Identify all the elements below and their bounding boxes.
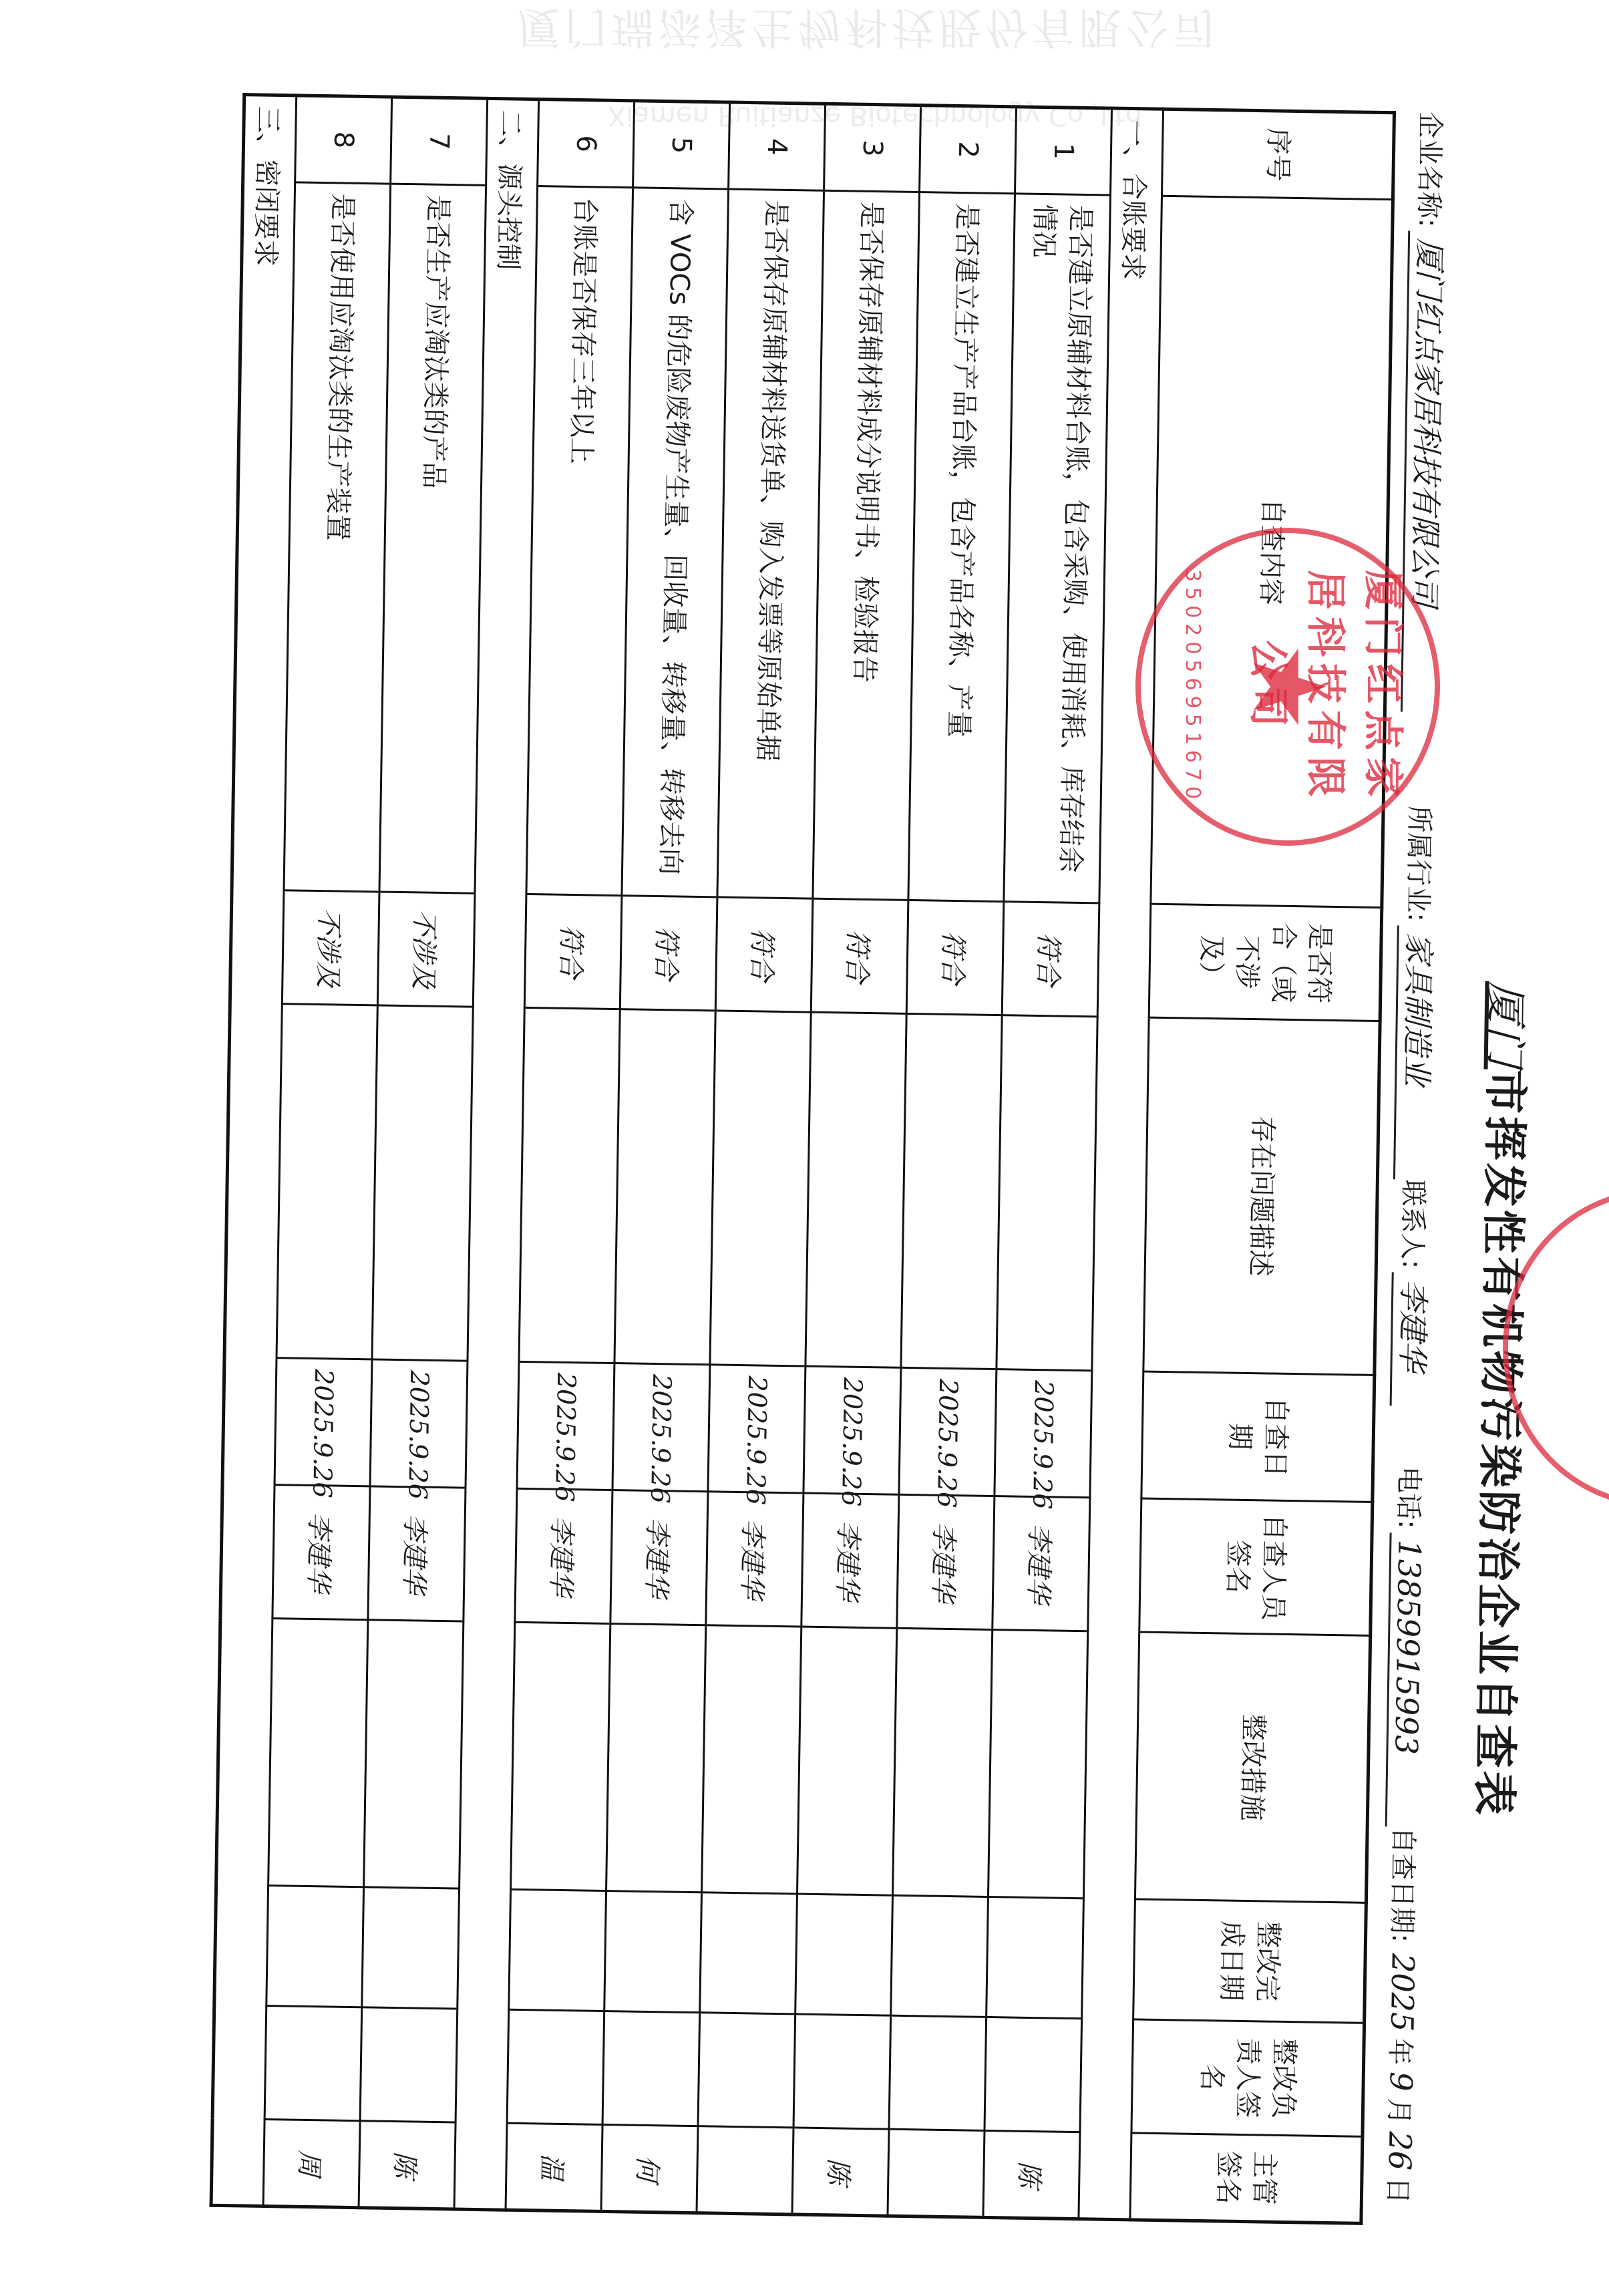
column-header: 整改完成日期 [1133, 1899, 1367, 2023]
content-cell: 台账是否保存三年以上 [526, 186, 633, 896]
day-suffix: 日 [1381, 2177, 1419, 2204]
checker-signature[interactable]: 李建华 [368, 1486, 466, 1621]
check-date-field[interactable]: 2025.9.26 [708, 1365, 806, 1493]
measure-field[interactable] [702, 1625, 801, 1894]
column-header: 序号 [1161, 109, 1394, 199]
contact-label: 联系人: [1395, 1179, 1435, 1269]
supervisor-signature[interactable]: 周 [263, 2119, 360, 2207]
year-suffix: 年 [1383, 2038, 1421, 2066]
done-date-field[interactable] [700, 1893, 797, 2014]
measure-field[interactable] [797, 1627, 897, 1895]
content-cell: 是否生产应淘汰类的产品 [379, 184, 486, 893]
check-date-field[interactable]: 2025.9.26 [370, 1359, 468, 1488]
industry-field[interactable]: 家具制造业 [1393, 925, 1443, 1180]
column-header: 整改措施 [1135, 1632, 1370, 1903]
owner-signature[interactable] [507, 2009, 604, 2124]
seq-cell: 6 [538, 100, 635, 188]
check-date-field[interactable]: 2025.9.26 [612, 1363, 710, 1492]
content-cell: 是否保存原辅材料送货单、购入发票等原始单据 [717, 189, 824, 898]
content-cell: 是否建立生产产品台账，包含产品名称、产量 [908, 192, 1015, 902]
measure-field[interactable] [988, 1630, 1087, 1899]
compliance-field[interactable]: 不涉及 [377, 892, 475, 1007]
done-date-field[interactable] [795, 1894, 893, 2015]
done-date-field[interactable] [891, 1895, 989, 2017]
check-date-field[interactable]: 2025.9.26 [899, 1367, 997, 1496]
checker-signature[interactable]: 李建华 [706, 1492, 803, 1627]
owner-signature[interactable] [889, 2015, 987, 2130]
checker-signature[interactable]: 李建华 [515, 1488, 612, 1623]
checker-signature[interactable]: 李建华 [610, 1490, 708, 1625]
owner-signature[interactable] [985, 2017, 1082, 2132]
done-date-field[interactable] [362, 1887, 460, 2009]
supervisor-signature[interactable]: 陈 [359, 2121, 456, 2209]
supervisor-signature[interactable]: 陈 [792, 2128, 889, 2216]
done-date-field[interactable] [266, 1886, 364, 2007]
issue-field[interactable] [277, 1004, 377, 1359]
measure-field[interactable] [269, 1619, 368, 1887]
owner-signature[interactable] [264, 2006, 362, 2121]
column-header: 主管签名 [1130, 2133, 1363, 2223]
owner-signature[interactable] [793, 2014, 891, 2129]
measure-field[interactable] [364, 1620, 464, 1889]
column-header: 存在问题描述 [1143, 1017, 1380, 1375]
seq-cell: 8 [295, 96, 392, 184]
column-header: 整改负责人签名 [1131, 2019, 1365, 2136]
measure-field[interactable] [511, 1622, 610, 1891]
company-label: 企业名称: [1411, 112, 1451, 228]
issue-field[interactable] [806, 1012, 906, 1367]
seq-cell: 1 [1015, 107, 1112, 195]
self-check-table: 序号自查内容是否符合（或不涉及）存在问题描述自查日期自查人员签名整改措施整改完成… [210, 93, 1397, 2225]
supervisor-signature[interactable]: 何 [601, 2124, 698, 2212]
date-month[interactable]: 9 [1383, 2065, 1419, 2098]
compliance-field[interactable]: 符合 [715, 897, 813, 1012]
seq-cell: 3 [824, 104, 921, 192]
issue-field[interactable] [519, 1007, 620, 1363]
content-cell: 是否使用应淘汰类的生产装置 [284, 182, 391, 892]
owner-signature[interactable] [602, 2011, 700, 2126]
compliance-field[interactable]: 符合 [811, 898, 908, 1013]
checker-signature[interactable]: 李建华 [801, 1493, 899, 1628]
seq-cell: 7 [391, 97, 488, 185]
bleed-through-title: 厦门瑞添泽生物科技股份有限公司 [401, 0, 1336, 61]
measure-field[interactable] [892, 1628, 992, 1897]
seal-number: 3502056951670 [1181, 533, 1204, 840]
table-header-row: 序号自查内容是否符合（或不涉及）存在问题描述自查日期自查人员签名整改措施整改完成… [1130, 109, 1395, 2223]
done-date-field[interactable] [987, 1897, 1084, 2018]
check-date-field[interactable]: 2025.9.26 [275, 1358, 372, 1486]
column-header: 自查人员签名 [1139, 1498, 1373, 1635]
company-seal: 厦门红点家居科技有限公司 ★ 3502056951670 [1135, 528, 1440, 846]
owner-signature[interactable] [698, 2013, 795, 2128]
content-cell: 含 VOCs 的危险废物产生量、回收量、转移量、转移去向 [622, 188, 729, 897]
done-date-field[interactable] [509, 1889, 606, 2011]
contact-field[interactable]: 李建华 [1390, 1273, 1438, 1407]
issue-field[interactable] [710, 1011, 811, 1366]
measure-field[interactable] [606, 1624, 706, 1893]
issue-field[interactable] [901, 1013, 1002, 1369]
compliance-field[interactable]: 符合 [906, 900, 1004, 1015]
industry-label: 所属行业: [1401, 806, 1441, 922]
supervisor-signature[interactable] [888, 2129, 985, 2217]
table-body: 一、合账要求1是否建立原辅材料台账，包含采购、使用消耗、库存结余情况符合2025… [211, 95, 1163, 2220]
owner-signature[interactable] [360, 2007, 458, 2122]
supervisor-signature[interactable]: 陈 [983, 2130, 1080, 2219]
column-header: 自查日期 [1141, 1371, 1375, 1502]
date-year[interactable]: 2025 [1384, 1947, 1421, 2039]
title-city-handwritten: 厦门 [1481, 981, 1531, 1070]
issue-field[interactable] [997, 1015, 1097, 1371]
check-date-field[interactable]: 2025.9.26 [517, 1361, 614, 1490]
star-icon: ★ [1238, 642, 1338, 731]
compliance-field[interactable]: 符合 [524, 894, 622, 1009]
seq-cell: 4 [729, 102, 826, 190]
phone-field[interactable]: 13859915993 [1385, 1532, 1428, 1827]
phone-label: 电话: [1391, 1466, 1430, 1529]
content-cell: 是否建立原辅材料台账，包含采购、使用消耗、库存结余情况 [1004, 194, 1111, 903]
compliance-field[interactable]: 不涉及 [282, 890, 379, 1005]
self-check-form: 厦门市挥发性有机物污染防治企业自查表 企业名称: 厦门红点家居科技有限公司 所属… [268, 94, 1556, 2224]
date-label: 自查日期: [1385, 1826, 1425, 1943]
column-header: 是否符合（或不涉及） [1149, 904, 1382, 1021]
check-date-field[interactable]: 2025.9.26 [803, 1366, 901, 1494]
checker-signature[interactable]: 李建华 [993, 1496, 1090, 1631]
supervisor-signature[interactable] [697, 2126, 793, 2215]
checker-signature[interactable]: 李建华 [273, 1485, 370, 1620]
title-text: 市挥发性有机物污染防治企业自查表 [1468, 1069, 1532, 1818]
checker-signature[interactable]: 李建华 [897, 1494, 995, 1629]
seq-cell: 2 [920, 106, 1017, 194]
content-cell: 是否保存原辅材料成分说明书、检验报告 [813, 190, 920, 900]
done-date-field[interactable] [604, 1891, 702, 2012]
compliance-field[interactable]: 符合 [1002, 902, 1099, 1017]
seq-cell: 5 [633, 101, 730, 189]
form-title: 厦门市挥发性有机物污染防治企业自查表 [1459, 981, 1542, 2224]
issue-field[interactable] [614, 1009, 715, 1365]
month-suffix: 月 [1382, 2098, 1421, 2125]
star-icon: ★ [1605, 1303, 1609, 1393]
supervisor-signature[interactable]: 温 [506, 2123, 602, 2211]
check-date-field[interactable]: 2025.9.26 [995, 1369, 1092, 1498]
issue-field[interactable] [372, 1005, 473, 1361]
date-day[interactable]: 26 [1381, 2124, 1418, 2177]
compliance-field[interactable]: 符合 [620, 896, 717, 1011]
